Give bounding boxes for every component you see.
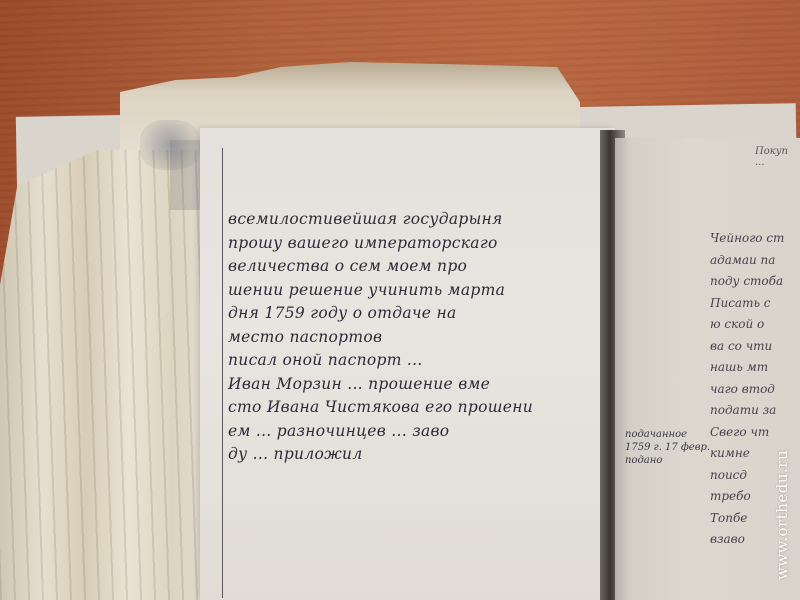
text-line: адамаи па (710, 250, 800, 272)
text-line: подати за (710, 400, 800, 422)
text-line: Свего чт (710, 422, 800, 444)
text-line: писал оной паспорт ... (228, 349, 608, 373)
text-line: ду ... приложил (228, 443, 608, 467)
text-line: поду стоба (710, 271, 800, 293)
corner-annotation: Покуп ... (755, 146, 800, 168)
text-line: место паспортов (228, 326, 608, 350)
margin-annotation: подачанное 1759 г. 17 февр. подано (625, 428, 710, 467)
text-line: чаго втод (710, 379, 800, 401)
text-line: прошу вашего императорскаго (228, 232, 608, 256)
text-line: всемилостивейшая государыня (228, 208, 608, 232)
margin-note-line: подачанное (625, 428, 710, 441)
text-line: Чейного ст (710, 228, 800, 250)
text-line: Писать с (710, 293, 800, 315)
manuscript-page: всемилостивейшая государыня прошу вашего… (200, 128, 615, 600)
margin-note-line: подано (625, 454, 710, 467)
handwritten-text: всемилостивейшая государыня прошу вашего… (228, 208, 608, 467)
margin-note-line: 1759 г. 17 февр. (625, 441, 710, 454)
margin-rule (222, 148, 223, 598)
text-line: сто Ивана Чистякова его прошени (228, 396, 608, 420)
damaged-page-stack (0, 150, 215, 600)
text-line: шении решение учинить марта (228, 279, 608, 303)
text-line: Иван Морзин ... прошение вме (228, 373, 608, 397)
watermark-text: www.orthedu.ru (773, 450, 791, 580)
text-line: ем ... разночинцев ... заво (228, 420, 608, 444)
text-line: ю ской о (710, 314, 800, 336)
text-line: нашь мт (710, 357, 800, 379)
text-line: ва со чти (710, 336, 800, 358)
text-line: дня 1759 году о отдаче на (228, 302, 608, 326)
text-line: величества о сем моем про (228, 255, 608, 279)
